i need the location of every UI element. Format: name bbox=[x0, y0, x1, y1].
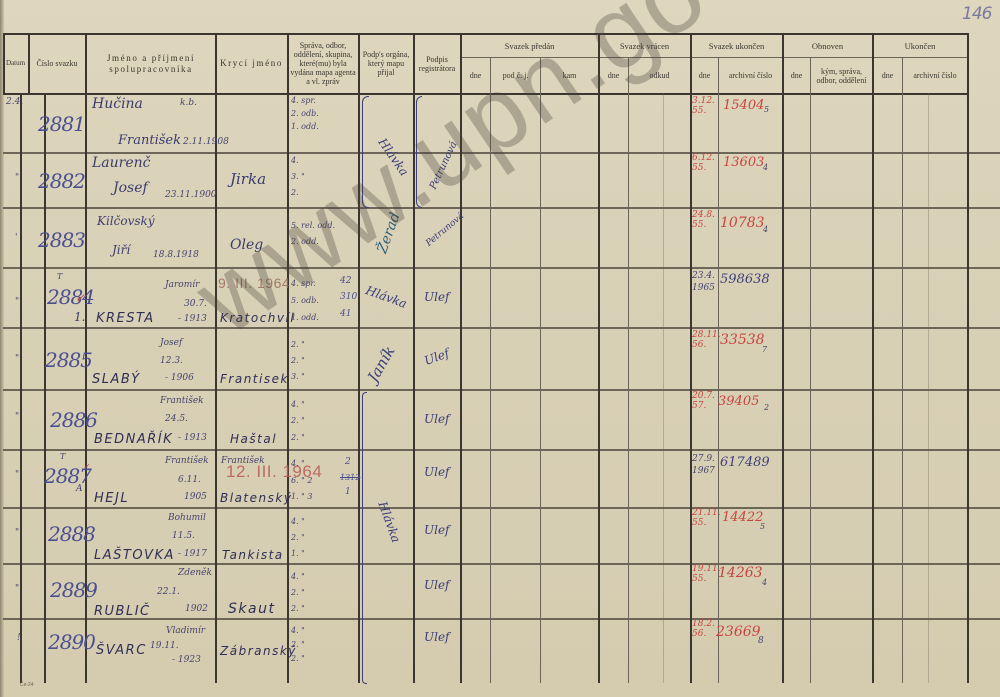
row-surname: KRESTA bbox=[96, 311, 155, 326]
header-ukonceni-dne: dne bbox=[873, 58, 902, 93]
signature-registrator: Petrunová bbox=[428, 140, 460, 191]
row-archiv-cislo: 14422 bbox=[722, 510, 763, 525]
row-born-year: 1905 bbox=[184, 492, 207, 502]
row-born: 2.11.1908 bbox=[183, 137, 229, 147]
signature-registrator: Ulef bbox=[424, 523, 450, 537]
signature-organ: Janík bbox=[364, 343, 399, 385]
row-kryci: Haštal bbox=[230, 432, 277, 446]
header-ukonceni-archivni: archivní číslo bbox=[903, 58, 967, 93]
col-line bbox=[690, 33, 692, 683]
row-sprava-1: 2. " bbox=[291, 340, 305, 349]
header-vracen-odkud: odkud bbox=[629, 58, 690, 93]
col-line bbox=[490, 57, 491, 683]
header-jmeno: Jméno a příjmení spolupracovníka bbox=[92, 35, 210, 92]
header-obnoven: Obnoven bbox=[783, 35, 872, 57]
signature-organ: Žerad bbox=[374, 211, 403, 256]
row-sprava-extra-3: 41 bbox=[340, 309, 351, 319]
row-given: Zdeněk bbox=[178, 568, 212, 578]
red-check-mark: ✓ bbox=[83, 462, 90, 471]
row-kryci: Zábranský bbox=[220, 644, 297, 658]
row-cislo: 2885 bbox=[45, 348, 92, 372]
row-given: Josef bbox=[160, 338, 182, 348]
row-ukoncen-dne: 24.8. 55. bbox=[692, 210, 714, 230]
page-binding-edge bbox=[0, 0, 4, 697]
row-archiv-cislo: 14263 bbox=[718, 565, 763, 581]
row-born-year: - 1917 bbox=[178, 549, 207, 559]
header-svazek-ukoncen: Svazek ukončen bbox=[691, 35, 782, 57]
row-kryci: Frantisek bbox=[220, 372, 289, 386]
col-line bbox=[782, 33, 784, 683]
header-vracen-dne: dne bbox=[599, 58, 628, 93]
row-surname: ŠVARC bbox=[96, 643, 147, 658]
row-given: Bohumil bbox=[168, 513, 206, 523]
row-sprava-1: 4. " bbox=[291, 626, 305, 635]
header-predan-kam: kam bbox=[541, 58, 598, 93]
date-stamp: 9. III. 1964 bbox=[218, 275, 290, 291]
row-sprava-extra-2: 1312 bbox=[340, 473, 360, 482]
row-datum: ' bbox=[15, 233, 17, 243]
row-surname: Laurenč bbox=[92, 155, 151, 171]
row-archiv-cislo: 598638 bbox=[720, 272, 770, 287]
row-born: 18.8.1918 bbox=[153, 250, 199, 260]
row-ukoncen-dne: 28.11. 56. bbox=[692, 330, 714, 350]
row-archiv-cislo: 23669 bbox=[716, 624, 761, 640]
row-sprava-3: 3. " bbox=[291, 372, 305, 381]
row-born-day: 30.7. bbox=[184, 299, 207, 309]
row-archiv-cislo: 15404 bbox=[723, 98, 764, 113]
row-given: František bbox=[118, 133, 181, 148]
red-check-mark: ✓ bbox=[75, 291, 85, 305]
row-mark: T bbox=[60, 452, 65, 461]
row-given: Vladimír bbox=[166, 626, 205, 636]
row-cislo: 2883 bbox=[38, 228, 85, 252]
row-kryci: Skaut bbox=[228, 601, 275, 617]
row-surname: SLABÝ bbox=[92, 372, 141, 387]
row-sprava-3: 1. odd. bbox=[291, 122, 319, 131]
row-cislo: 2886 bbox=[50, 408, 97, 432]
row-divider bbox=[3, 507, 1000, 509]
row-sprava-2: 2. " bbox=[291, 356, 305, 365]
row-ukoncen-dne: 3.12. 55. bbox=[692, 96, 714, 116]
row-born-day: 22.1. bbox=[157, 587, 180, 597]
row-datum: " bbox=[15, 297, 19, 307]
row-given: Josef bbox=[113, 180, 148, 196]
col-line bbox=[718, 57, 719, 683]
row-datum: ! bbox=[17, 633, 21, 643]
row-divider bbox=[3, 327, 1000, 329]
row-kryci: Oleg bbox=[230, 237, 263, 253]
row-ukoncen-dne: 27.9. 1967 bbox=[692, 453, 714, 477]
header-ukoncen-dne: dne bbox=[691, 58, 718, 93]
col-line bbox=[902, 57, 903, 683]
row-born: 23.11.1900 bbox=[165, 190, 217, 200]
row-given: Jaromír bbox=[165, 280, 199, 290]
row-cislo: 2884 bbox=[47, 285, 94, 309]
row-archiv-cislo: 33538 bbox=[720, 332, 765, 348]
row-sprava-extra-1: 2 bbox=[345, 457, 351, 467]
row-archiv-suffix: 5 bbox=[760, 522, 765, 531]
row-given: Jiří bbox=[112, 243, 130, 257]
header-sprava: Správa, odbor, oddělení, skupina, které(… bbox=[289, 35, 357, 92]
signature-organ: Hlávka bbox=[375, 136, 411, 179]
row-sprava-1: 5. rel. odd. bbox=[291, 221, 335, 230]
header-predan-dne: dne bbox=[461, 58, 490, 93]
row-born-day: 24.5. bbox=[165, 414, 188, 424]
row-sprava-1: 4. " bbox=[291, 459, 305, 468]
header-ukoncen: Ukončen bbox=[873, 35, 967, 57]
row-ukoncen-dne: 18.2. 56. bbox=[692, 619, 714, 639]
col-line bbox=[663, 93, 664, 683]
row-cislo: 2888 bbox=[48, 522, 95, 546]
row-archiv-suffix: 2 bbox=[764, 403, 769, 412]
row-sprava-2: 3. " bbox=[291, 172, 305, 181]
row-archiv-cislo: 39405 bbox=[718, 394, 759, 409]
brace-mark bbox=[362, 392, 367, 684]
row-cislo: 2881 bbox=[38, 112, 85, 136]
row-sprava-3: 1. odd. bbox=[291, 313, 319, 322]
row-sprava-2: 6. " 2 bbox=[291, 476, 313, 485]
row-ukoncen-dne: 20.7. 57. bbox=[692, 391, 714, 411]
row-born-year: - 1913 bbox=[178, 433, 207, 443]
col-line bbox=[628, 57, 629, 683]
row-sprava-2: 2. " bbox=[291, 416, 305, 425]
row-ukoncen-dne: 23.4. 1965 bbox=[692, 270, 714, 294]
row-sprava-3: 1. " 3 bbox=[291, 492, 313, 501]
row-born-year: - 1906 bbox=[165, 373, 194, 383]
row-datum: " bbox=[15, 412, 19, 422]
page-number: 146 bbox=[962, 4, 991, 24]
row-sprava-3: 2. " bbox=[291, 654, 305, 663]
row-sprava-1: 4. spr. bbox=[291, 96, 316, 105]
row-datum: " bbox=[15, 528, 19, 538]
row-archiv-suffix: 4 bbox=[763, 225, 768, 234]
row-archiv-suffix: 4 bbox=[762, 578, 767, 587]
row-surname: Kilčovský bbox=[97, 214, 155, 228]
col-line bbox=[872, 33, 874, 683]
row-sprava-2: 2. " bbox=[291, 640, 305, 649]
header-datum: Datum bbox=[3, 35, 28, 92]
row-datum: " bbox=[15, 470, 19, 480]
row-born-day: 12.3. bbox=[160, 356, 183, 366]
row-surname: RUBLIČ bbox=[94, 604, 151, 619]
col-line bbox=[460, 33, 462, 683]
col-line bbox=[928, 93, 929, 683]
row-born-day: 6.11. bbox=[178, 475, 201, 485]
brace-mark bbox=[362, 96, 369, 208]
row-sprava-3: 2. " bbox=[291, 604, 305, 613]
row-divider bbox=[3, 152, 1000, 154]
header-kryci-jmeno: Krycí jméno bbox=[216, 35, 287, 92]
form-code: Če-24 bbox=[20, 682, 34, 688]
row-sprava-1: 4. spr. bbox=[291, 279, 316, 288]
col-line bbox=[287, 33, 289, 683]
row-surname: HEJL bbox=[94, 491, 129, 506]
header-podpis-registratora: Podpis registrátora bbox=[414, 35, 460, 92]
row-sprava-2: 2. " bbox=[291, 533, 305, 542]
brace-mark bbox=[416, 96, 422, 208]
header-cislo-svazku: Číslo svazku bbox=[29, 35, 85, 92]
col-line bbox=[540, 57, 541, 683]
header-obnoven-dne: dne bbox=[783, 58, 810, 93]
signature-registrator: Ulef bbox=[424, 578, 450, 592]
row-kryci: Jirka bbox=[230, 170, 266, 188]
row-suffix: A bbox=[76, 484, 83, 494]
row-born-year: - 1923 bbox=[172, 655, 201, 665]
signature-registrator: Ulef bbox=[424, 290, 450, 304]
row-born-year: - 1913 bbox=[178, 314, 207, 324]
header-svazek-vracen: Svazek vrácen bbox=[599, 35, 690, 57]
row-sprava-1: 4. bbox=[291, 156, 299, 165]
col-line bbox=[598, 33, 600, 683]
row-cislo: 2890 bbox=[48, 630, 95, 654]
signature-registrator: Ulef bbox=[422, 346, 451, 368]
signature-registrator: Ulef bbox=[424, 412, 450, 426]
row-sprava-3: 2. " bbox=[291, 433, 305, 442]
row-archiv-cislo: 617489 bbox=[720, 455, 770, 470]
row-sprava-1: 4. " bbox=[291, 572, 305, 581]
ledger-page: 146 Datum Číslo svazku Jméno a příjmení … bbox=[0, 0, 1000, 697]
row-divider bbox=[3, 267, 1000, 269]
header-obnoven-kym: kým, správa, odbor, oddělení bbox=[811, 58, 872, 93]
signature-registrator: Ulef bbox=[424, 465, 450, 479]
row-mark: T bbox=[57, 272, 62, 281]
row-surname: Hučina bbox=[92, 96, 143, 112]
signature-organ: Hlávka bbox=[364, 283, 409, 311]
row-note: k.b. bbox=[180, 98, 197, 108]
col-line bbox=[810, 57, 811, 683]
row-archiv-cislo: 10783 bbox=[720, 215, 765, 231]
row-datum: 2.4. bbox=[6, 97, 23, 107]
header-bottom-border bbox=[3, 93, 969, 95]
row-prefix: 1. bbox=[74, 310, 85, 324]
row-sprava-2: 5. odb. bbox=[291, 296, 319, 305]
row-given: František bbox=[160, 396, 204, 406]
row-archiv-suffix: 8 bbox=[758, 636, 764, 646]
row-archiv-suffix: 4 bbox=[763, 163, 768, 172]
row-given: František bbox=[165, 456, 209, 466]
row-born-year: 1902 bbox=[185, 604, 208, 614]
row-surname: LAŠTOVKA bbox=[94, 548, 175, 563]
row-kryci: Blatenský bbox=[220, 491, 292, 505]
col-line bbox=[20, 93, 22, 683]
header-podpis-organu: Podp's orgána, který mapu přijal bbox=[360, 35, 412, 92]
col-line bbox=[215, 33, 217, 683]
row-sprava-3: 1. " bbox=[291, 549, 305, 558]
header-svazek-predan: Svazek předán bbox=[461, 35, 598, 57]
row-datum: " bbox=[15, 584, 19, 594]
col-line bbox=[358, 33, 360, 683]
row-divider bbox=[3, 618, 1000, 620]
row-datum: " bbox=[15, 173, 19, 183]
row-kryci: Kratochvíl bbox=[220, 311, 295, 325]
row-born-day: 11.5. bbox=[172, 531, 195, 541]
row-kryci: Tankista bbox=[222, 548, 284, 562]
row-sprava-1: 4. " bbox=[291, 517, 305, 526]
header-ukoncen-archivni: archivní číslo bbox=[719, 58, 782, 93]
row-archiv-cislo: 13603 bbox=[723, 155, 764, 170]
row-divider bbox=[3, 207, 1000, 209]
row-sprava-1: 4. " bbox=[291, 400, 305, 409]
row-archiv-suffix: 5 bbox=[764, 105, 769, 114]
row-ukoncen-dne: 6.12. 55. bbox=[692, 153, 714, 173]
row-divider bbox=[3, 563, 1000, 565]
row-surname: BEDNAŘÍK bbox=[94, 432, 173, 447]
col-line bbox=[413, 33, 415, 683]
row-ukoncen-dne: 19.11. 55. bbox=[692, 564, 714, 584]
row-sprava-2: 2. " bbox=[291, 588, 305, 597]
row-sprava-2: 2. odb. bbox=[291, 109, 319, 118]
row-datum: " bbox=[15, 354, 19, 364]
row-sprava-extra-3: 1 bbox=[345, 487, 351, 497]
row-divider bbox=[3, 389, 1000, 391]
row-born-day: 19.11. bbox=[150, 641, 179, 651]
row-ukoncen-dne: 21.11. 55. bbox=[692, 508, 714, 528]
signature-registrator: Ulef bbox=[424, 630, 450, 644]
row-cislo: 2889 bbox=[50, 578, 97, 602]
row-sprava-3: 2. bbox=[291, 188, 299, 197]
row-sprava-extra-2: 310 bbox=[340, 292, 357, 302]
row-divider bbox=[3, 449, 1000, 451]
row-cislo: 2882 bbox=[38, 169, 85, 193]
row-sprava-2: 2. odd. bbox=[291, 237, 319, 246]
row-archiv-suffix: 7 bbox=[762, 345, 767, 354]
header-predan-pod: pod č. j. bbox=[491, 58, 540, 93]
row-sprava-extra-1: 42 bbox=[340, 276, 351, 286]
col-line bbox=[967, 33, 969, 683]
